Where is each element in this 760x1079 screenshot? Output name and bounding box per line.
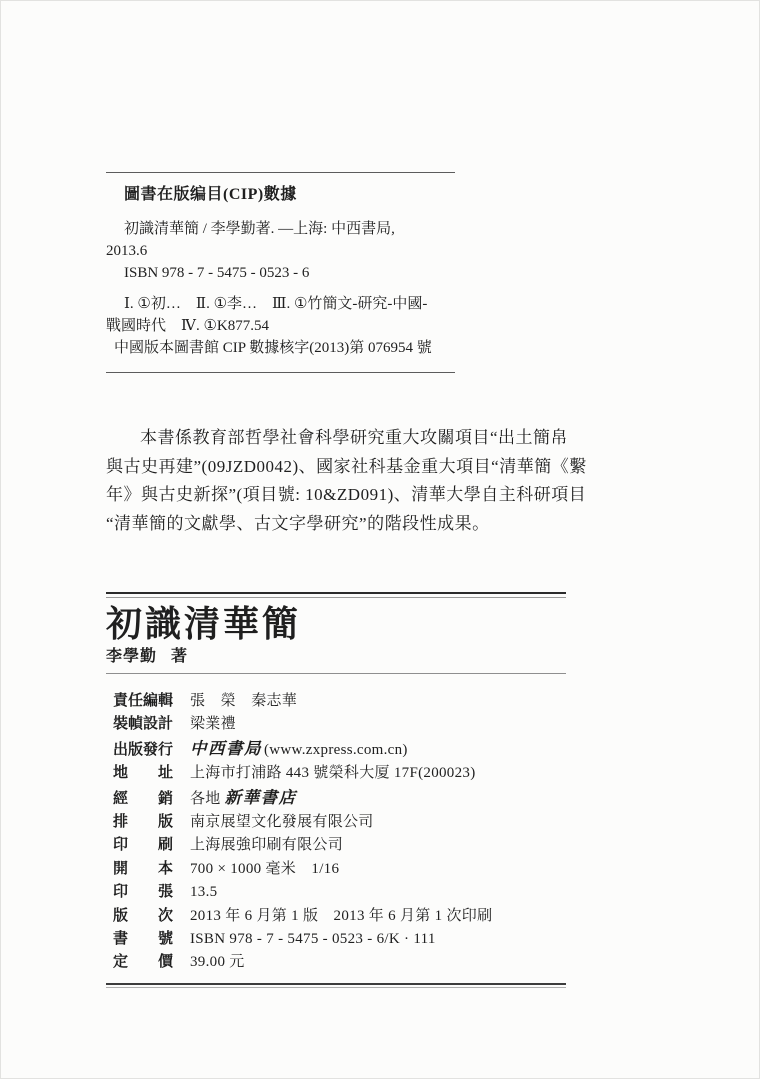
publisher-logo-script: 中西書局	[190, 739, 262, 758]
book-title: 初識清華簡	[106, 603, 566, 645]
colophon-value: 上海展強印刷有限公司	[190, 837, 343, 853]
colophon-label: 書 號	[113, 928, 177, 951]
colophon-label: 地 址	[113, 762, 177, 785]
colophon-label: 裝幀設計	[113, 713, 177, 736]
colophon-row-sheets: 印 張13.5	[113, 881, 566, 904]
copyright-page: 圖書在版编目(CIP)數據 初識清華簡 / 李學勤著. —上海: 中西書局, 2…	[0, 0, 760, 1079]
colophon-value: 各地	[190, 791, 225, 807]
colophon-label: 經 銷	[113, 788, 177, 811]
cip-entry-line2: 2013.6	[106, 240, 455, 262]
funding-note-line: 年》與古史新探”(項目號: 10&ZD091)、清華大學自主科研項目	[106, 481, 584, 510]
colophon-row-designer: 裝幀設計梁業禮	[113, 713, 566, 736]
colophon-row-editor: 責任編輯張 榮 秦志華	[113, 690, 566, 713]
cip-class-line2: 戰國時代 Ⅳ. ①K877.54	[106, 315, 455, 337]
cip-box: 圖書在版编目(CIP)數據 初識清華簡 / 李學勤著. —上海: 中西書局, 2…	[106, 172, 455, 373]
colophon-value: 2013 年 6 月第 1 版 2013 年 6 月第 1 次印刷	[190, 908, 492, 924]
author-role: 著	[171, 648, 188, 665]
book-author: 李學勤著	[106, 648, 566, 666]
colophon-label: 印 張	[113, 881, 177, 904]
colophon-row-publisher: 出版發行中西書局(www.zxpress.com.cn)	[113, 737, 566, 762]
colophon-value: 張 榮 秦志華	[190, 693, 297, 709]
colophon-label: 印 刷	[113, 834, 177, 857]
colophon-row-isbn: 書 號ISBN 978 - 7 - 5475 - 0523 - 6/K · 11…	[113, 928, 566, 951]
colophon-value: 700 × 1000 毫米 1/16	[190, 861, 339, 877]
bottom-rule	[106, 983, 566, 988]
colophon-value: 南京展望文化發展有限公司	[190, 814, 374, 830]
colophon-value: 39.00 元	[190, 954, 245, 970]
cip-class-line1: Ⅰ. ①初… Ⅱ. ①李… Ⅲ. ①竹簡文-研究-中國-	[124, 293, 455, 315]
colophon-label: 開 本	[113, 858, 177, 881]
colophon-label: 排 版	[113, 811, 177, 834]
author-name: 李學勤	[106, 648, 157, 665]
top-rule	[106, 592, 566, 598]
colophon-row-printer: 印 刷上海展強印刷有限公司	[113, 834, 566, 857]
cip-gap	[106, 284, 455, 293]
colophon-label: 定 價	[113, 951, 177, 974]
funding-note: 本書係教育部哲學社會科學研究重大攻關項目“出土簡帛 與古史再建”(09JZD00…	[106, 424, 584, 538]
cip-isbn: ISBN 978 - 7 - 5475 - 0523 - 6	[124, 262, 455, 284]
colophon-value: 梁業禮	[190, 716, 236, 732]
colophon-value: 13.5	[190, 884, 217, 900]
funding-note-line: “清華簡的文獻學、古文字學研究”的階段性成果。	[106, 510, 584, 539]
cip-record-number: 中國版本圖書館 CIP 數據核字(2013)第 076954 號	[114, 337, 455, 359]
colophon-row-typesetter: 排 版南京展望文化發展有限公司	[113, 811, 566, 834]
author-divider-rule	[106, 673, 566, 674]
colophon-row-address: 地 址上海市打浦路 443 號榮科大厦 17F(200023)	[113, 762, 566, 785]
colophon-row-distributor: 經 銷各地 新華書店	[113, 786, 566, 811]
funding-note-line: 本書係教育部哲學社會科學研究重大攻關項目“出土簡帛	[106, 424, 584, 453]
cip-heading: 圖書在版编目(CIP)數據	[124, 184, 455, 206]
colophon-row-price: 定 價39.00 元	[113, 951, 566, 974]
colophon-table: 責任編輯張 榮 秦志華 裝幀設計梁業禮 出版發行中西書局(www.zxpress…	[106, 690, 566, 988]
colophon-value: ISBN 978 - 7 - 5475 - 0523 - 6/K · 111	[190, 931, 436, 947]
colophon-label: 版 次	[113, 905, 177, 928]
funding-note-line: 與古史再建”(09JZD0042)、國家社科基金重大項目“清華簡《繫	[106, 453, 584, 482]
publisher-url: (www.zxpress.com.cn)	[264, 742, 408, 758]
colophon-section: 初識清華簡 李學勤著 責任編輯張 榮 秦志華 裝幀設計梁業禮 出版發行中西書局(…	[106, 592, 566, 988]
colophon-label: 出版發行	[113, 739, 177, 762]
colophon-label: 責任編輯	[113, 690, 177, 713]
colophon-row-edition: 版 次2013 年 6 月第 1 版 2013 年 6 月第 1 次印刷	[113, 905, 566, 928]
cip-entry-line1: 初識清華簡 / 李學勤著. —上海: 中西書局,	[124, 218, 455, 240]
bookstore-logo-script: 新華書店	[225, 788, 297, 807]
colophon-value: 上海市打浦路 443 號榮科大厦 17F(200023)	[190, 765, 475, 781]
colophon-row-format: 開 本700 × 1000 毫米 1/16	[113, 858, 566, 881]
